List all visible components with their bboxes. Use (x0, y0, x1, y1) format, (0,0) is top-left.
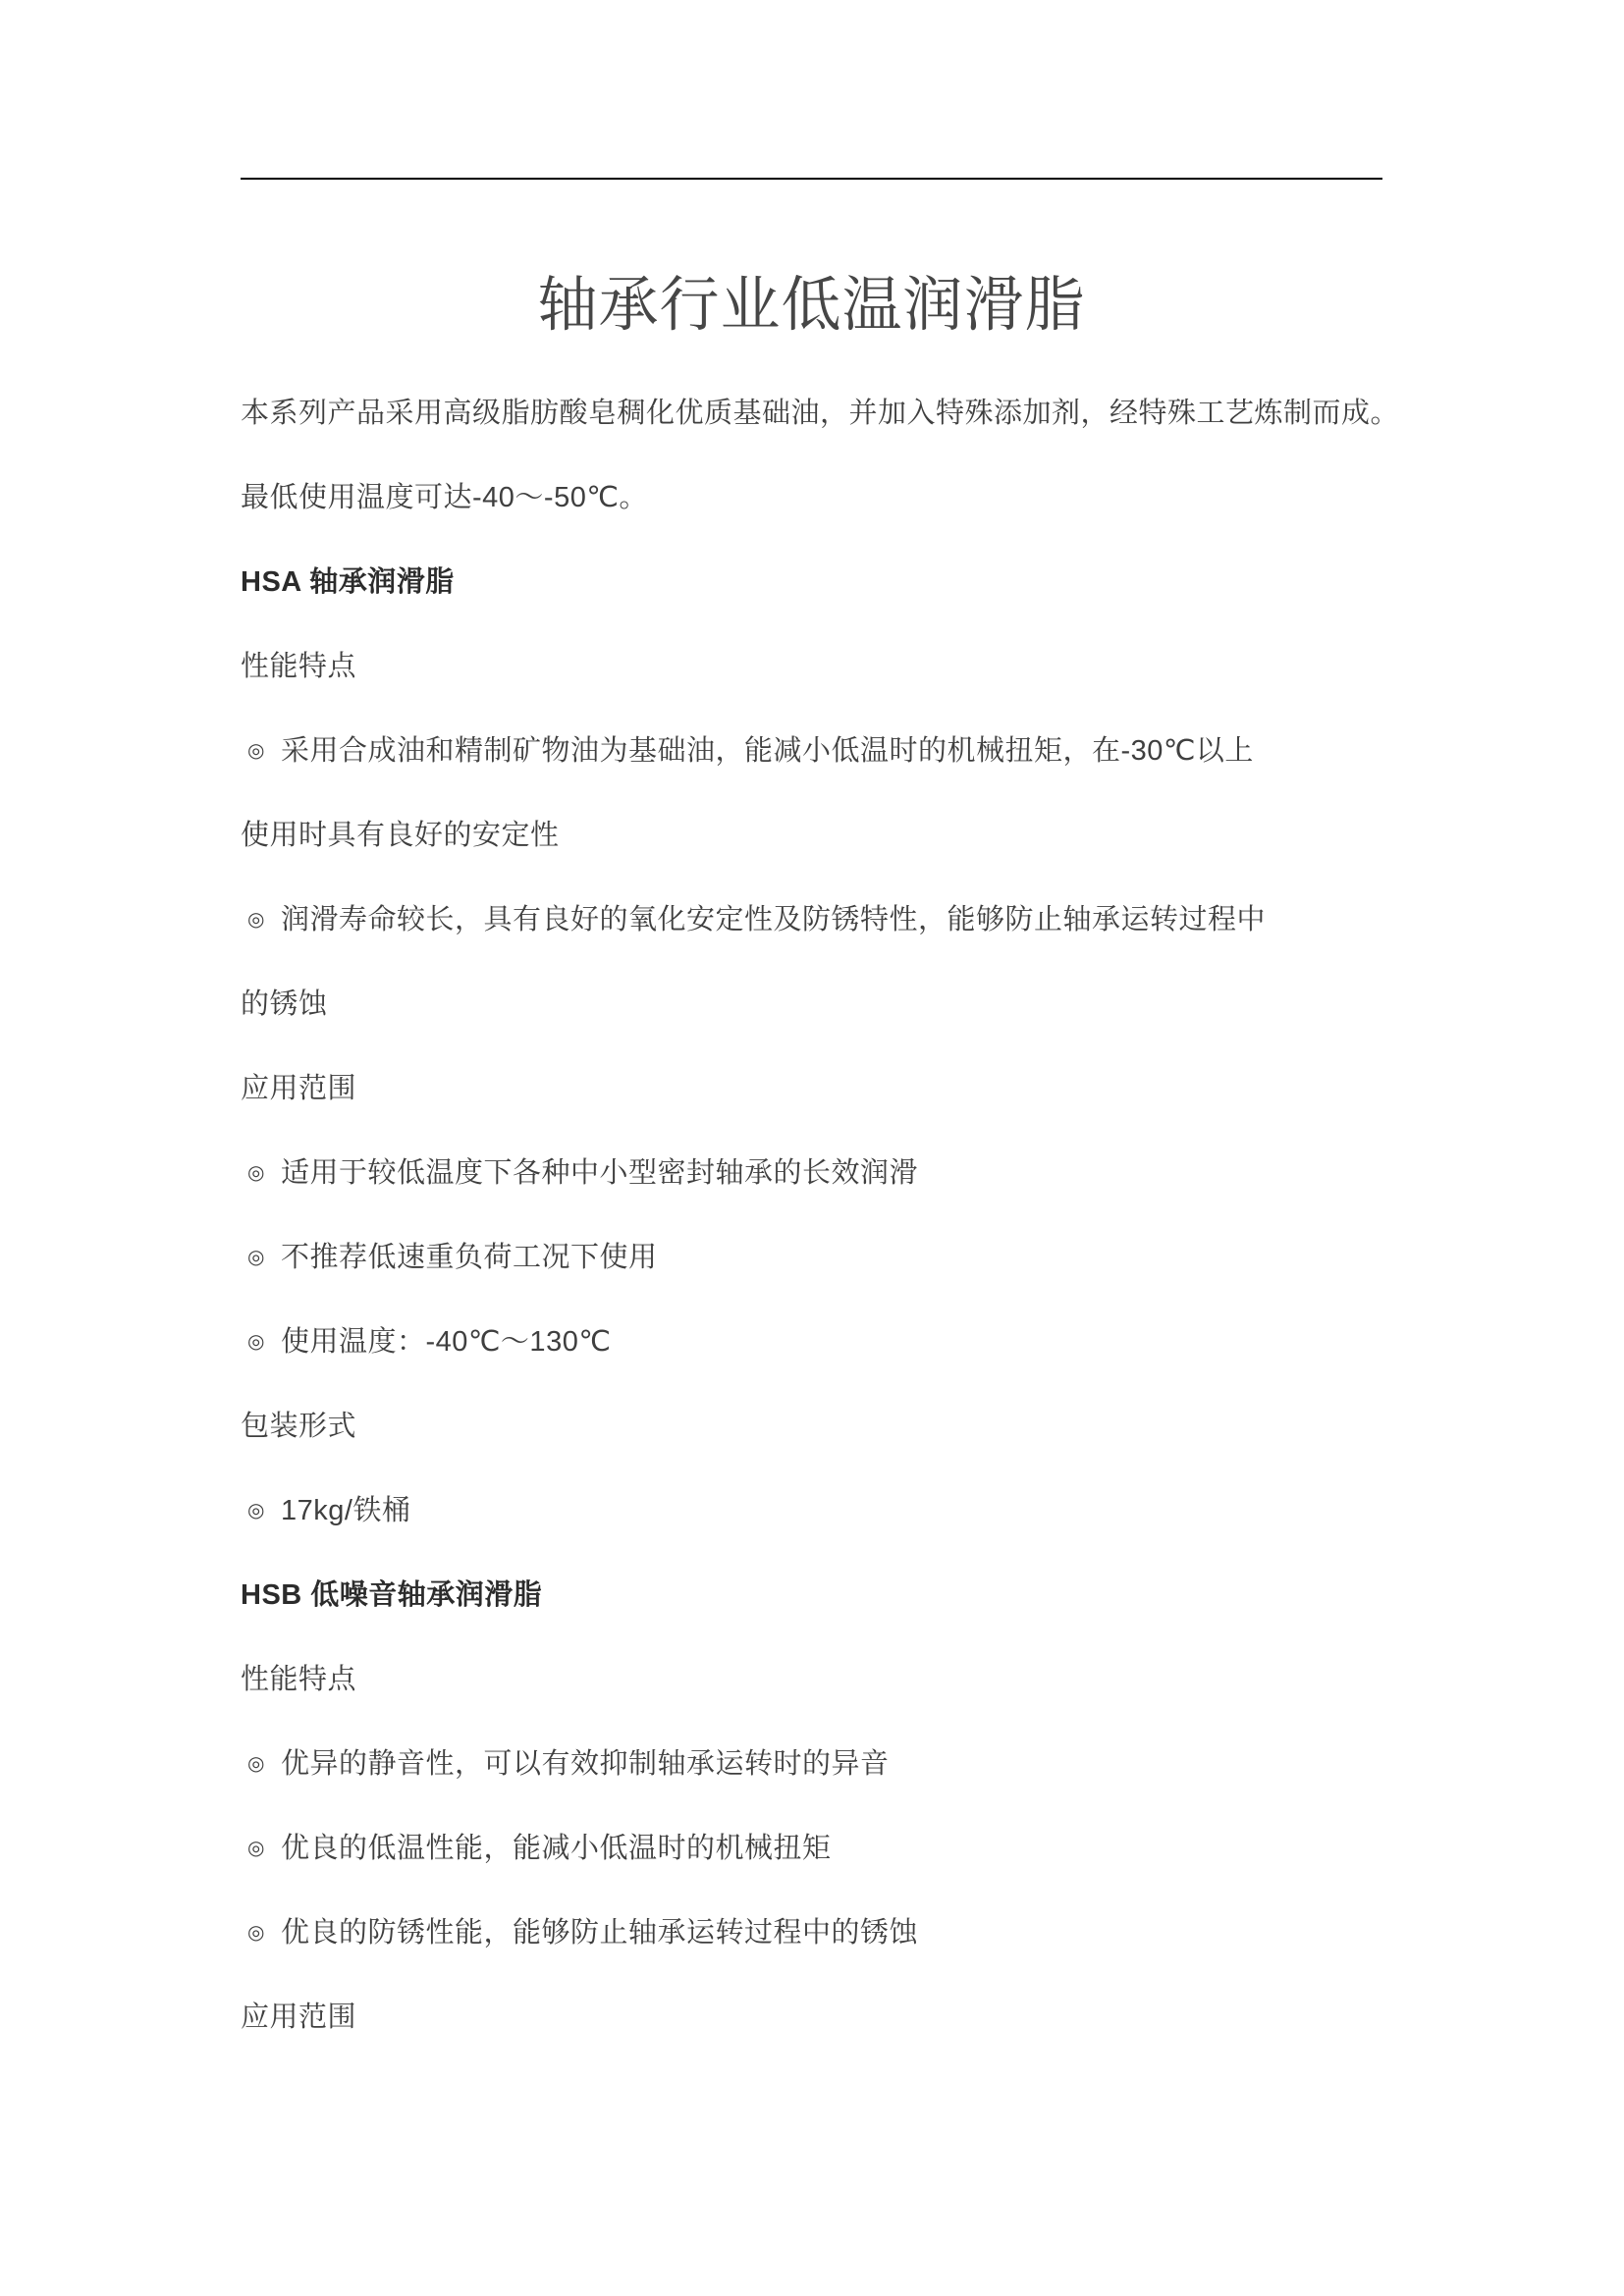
document-page: 轴承行业低温润滑脂 本系列产品采用高级脂肪酸皂稠化优质基础油，并加入特殊添加剂，… (0, 0, 1624, 2296)
label-performance-hsb: 性能特点 (241, 1637, 1382, 1722)
bullet-icon: ◎ (247, 1131, 265, 1215)
bullet-icon: ◎ (247, 878, 265, 962)
bullet-text: 不推荐低速重负荷工况下使用 (281, 1242, 658, 1273)
bullet-text: 润滑寿命较长，具有良好的氧化安定性及防锈特性，能够防止轴承运转过程中 (281, 904, 1266, 935)
bullet-text: 使用温度：-40℃～130℃ (281, 1326, 611, 1358)
bullet-icon: ◎ (247, 1300, 265, 1384)
intro-line-2: 最低使用温度可达-40～-50℃。 (241, 455, 1382, 540)
label-performance-hsa: 性能特点 (241, 624, 1382, 709)
bullet-item-hsb-perf-1: ◎优异的静音性，可以有效抑制轴承运转时的异音 (241, 1722, 1382, 1806)
page-title: 轴承行业低温润滑脂 (241, 260, 1382, 348)
bullet-item-hsa-perf-2: ◎润滑寿命较长，具有良好的氧化安定性及防锈特性，能够防止轴承运转过程中 (241, 878, 1382, 962)
bullet-text: 优良的防锈性能，能够防止轴承运转过程中的锈蚀 (281, 1917, 918, 1949)
bullet-item-hsa-app-2: ◎不推荐低速重负荷工况下使用 (241, 1215, 1382, 1300)
label-packaging-hsa: 包装形式 (241, 1384, 1382, 1468)
label-application-hsb: 应用范围 (241, 1975, 1382, 2059)
bullet-item-hsb-perf-2: ◎优良的低温性能，能减小低温时的机械扭矩 (241, 1806, 1382, 1891)
document-content: 轴承行业低温润滑脂 本系列产品采用高级脂肪酸皂稠化优质基础油，并加入特殊添加剂，… (0, 178, 1624, 2059)
bullet-continuation-hsa-perf-2: 的锈蚀 (241, 962, 1382, 1046)
bullet-icon: ◎ (247, 1806, 265, 1891)
bullet-continuation-hsa-perf-1: 使用时具有良好的安定性 (241, 793, 1382, 878)
bullet-text: 适用于较低温度下各种中小型密封轴承的长效润滑 (281, 1157, 918, 1189)
document-body: 本系列产品采用高级脂肪酸皂稠化优质基础油，并加入特殊添加剂，经特殊工艺炼制而成。… (241, 371, 1382, 2059)
bullet-text: 优异的静音性，可以有效抑制轴承运转时的异音 (281, 1748, 890, 1780)
intro-line-1: 本系列产品采用高级脂肪酸皂稠化优质基础油，并加入特殊添加剂，经特殊工艺炼制而成。 (241, 371, 1382, 455)
bullet-item-hsa-app-1: ◎适用于较低温度下各种中小型密封轴承的长效润滑 (241, 1131, 1382, 1215)
bullet-icon: ◎ (247, 1891, 265, 1975)
section-heading-hsa: HSA 轴承润滑脂 (241, 540, 1382, 624)
section-heading-hsb: HSB 低噪音轴承润滑脂 (241, 1553, 1382, 1637)
bullet-item-hsa-perf-1: ◎采用合成油和精制矿物油为基础油，能减小低温时的机械扭矩，在-30℃以上 (241, 709, 1382, 793)
bullet-text: 优良的低温性能，能减小低温时的机械扭矩 (281, 1833, 832, 1864)
bullet-text: 采用合成油和精制矿物油为基础油，能减小低温时的机械扭矩，在-30℃以上 (281, 735, 1254, 767)
bullet-item-hsa-app-3: ◎使用温度：-40℃～130℃ (241, 1300, 1382, 1384)
bullet-icon: ◎ (247, 709, 265, 793)
bullet-icon: ◎ (247, 1468, 265, 1553)
label-application-hsa: 应用范围 (241, 1046, 1382, 1131)
bullet-text: 17kg/铁桶 (281, 1495, 410, 1526)
header-rule (241, 178, 1382, 180)
bullet-icon: ◎ (247, 1215, 265, 1300)
bullet-item-hsb-perf-3: ◎优良的防锈性能，能够防止轴承运转过程中的锈蚀 (241, 1891, 1382, 1975)
bullet-item-hsa-pack-1: ◎17kg/铁桶 (241, 1468, 1382, 1553)
bullet-icon: ◎ (247, 1722, 265, 1806)
